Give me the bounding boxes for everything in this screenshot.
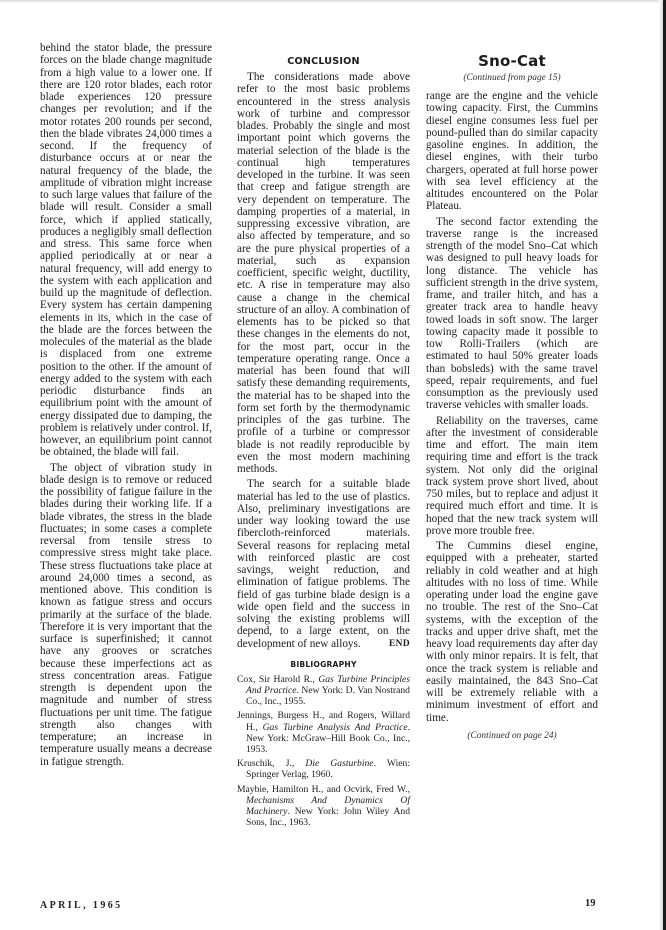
article-column-1: behind the stator blade, the pressure fo… [40,42,212,768]
body-paragraph: The search for a suitable blade material… [237,478,410,650]
end-mark: END [379,638,410,650]
body-paragraph-text: The search for a suitable blade material… [237,478,410,649]
body-paragraph: The second factor extending the traverse… [426,216,598,412]
continued-from-note: (Continued from page 15) [426,72,598,84]
body-paragraph: The considerations made above refer to t… [237,71,410,475]
bib-title: Gas Turbine Analysis And Practice [263,722,408,733]
bib-authors: Kruschik, J., [237,758,305,769]
issue-date: APRIL, 1965 [40,900,123,911]
body-paragraph: The Cummins diesel engine, equipped with… [426,540,598,724]
bib-authors: Cox, Sir Harold R., [237,674,318,685]
bib-title: Die Gasturbine [305,758,373,769]
body-paragraph: range are the engine and the vehicle tow… [426,90,598,213]
bibliography-list: Cox, Sir Harold R., Gas Turbine Principl… [237,674,410,829]
bibliography-entry: Maybie, Hamilton H., and Ocvirk, Fred W.… [237,784,410,829]
body-paragraph: behind the stator blade, the pressure fo… [40,42,212,459]
bibliography-entry: Cox, Sir Harold R., Gas Turbine Principl… [237,674,410,708]
section-heading-conclusion: CONCLUSION [237,56,410,68]
section-heading-bibliography: BIBLIOGRAPHY [237,660,410,670]
body-paragraph: The object of vibration study in blade d… [40,462,212,768]
page-top-shadow [0,0,666,3]
bibliography-entry: Kruschik, J., Die Gasturbine. Wien: Spri… [237,758,410,780]
article-column-3: Sno-Cat (Continued from page 15) range a… [426,52,598,742]
continued-on-note: (Continued on page 24) [426,730,598,742]
page-number: 19 [585,898,596,909]
bib-authors: Maybie, Hamilton H., and Ocvirk, Fred W.… [237,784,410,795]
bibliography-entry: Jennings, Burgess H., and Rogers, Willar… [237,710,410,755]
body-paragraph: Reliability on the traverses, came after… [426,415,598,538]
article-column-2: CONCLUSION The considerations made above… [237,56,410,828]
article-title-sno-cat: Sno-Cat [426,52,598,70]
